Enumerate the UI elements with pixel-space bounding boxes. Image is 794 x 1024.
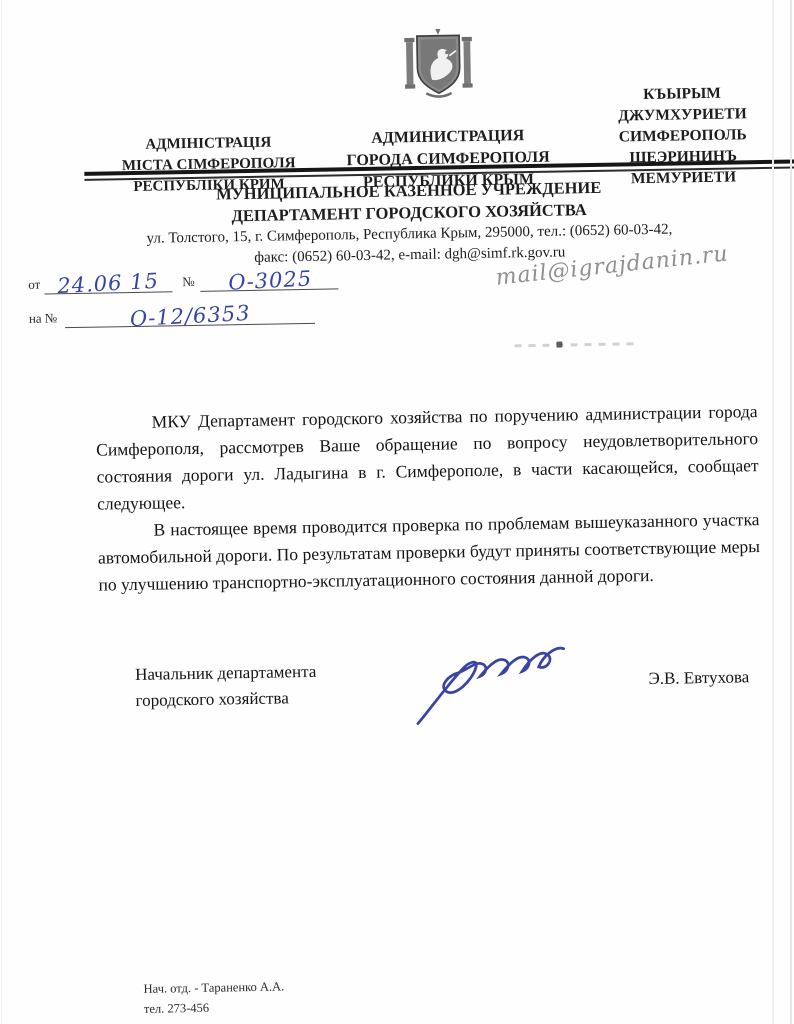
scan-edge-artifact — [790, 0, 792, 1024]
scan-edge-artifact — [772, 0, 774, 1024]
letter-content: АДМІНІСТРАЦІЯ МІСТА СІМФЕРОПОЛЯ РЕСПУБЛІ… — [0, 0, 794, 1024]
handwritten-outgoing-date: 24.06 15 — [57, 269, 160, 298]
reference-block: от 24.06 15 № О-3025 на № О-12/6353 — [28, 264, 359, 329]
erased-text-smudge — [514, 342, 638, 347]
incoming-reference-line: на № О-12/6353 — [29, 298, 359, 329]
reply-to-label: на № — [29, 310, 58, 328]
signer-title: Начальник департамента городского хозяйс… — [135, 659, 317, 714]
org-line: КЪЫРЫМ ДЖУМХУРИЕТИ — [579, 82, 786, 128]
signer-title-line2: городского хозяйства — [135, 685, 317, 714]
signature-block: Начальник департамента городского хозяйс… — [100, 639, 751, 750]
executor-footer: Нач. отд. - Тараненко А.А. тел. 273-456 — [143, 976, 284, 1018]
handwritten-incoming-number: О-12/6353 — [130, 301, 252, 331]
smudge-dot — [556, 342, 562, 348]
letter-body: МКУ Департамент городского хозяйства по … — [95, 398, 760, 599]
body-paragraph-1: МКУ Департамент городского хозяйства по … — [95, 398, 759, 518]
scanned-letter-page: АДМІНІСТРАЦІЯ МІСТА СІМФЕРОПОЛЯ РЕСПУБЛІ… — [0, 0, 794, 1024]
executor-phone: тел. 273-456 — [144, 996, 285, 1018]
signer-name: Э.В. Евтухова — [648, 667, 749, 689]
number-sign-label: № — [182, 274, 195, 292]
outgoing-number-blank: О-3025 — [200, 264, 338, 291]
signer-title-line1: Начальник департамента — [135, 659, 317, 688]
executor-name: Нач. отд. - Тараненко А.А. — [143, 976, 284, 998]
scan-edge-artifact — [1, 0, 2, 1024]
incoming-number-blank: О-12/6353 — [65, 299, 315, 328]
body-paragraph-2: В настоящее время проводится проверка по… — [97, 506, 760, 599]
outgoing-date-blank: 24.06 15 — [44, 267, 172, 294]
from-date-label: от — [28, 277, 40, 295]
handwritten-signature-icon — [399, 624, 586, 732]
outgoing-reference-line: от 24.06 15 № О-3025 — [28, 264, 358, 295]
handwritten-outgoing-number: О-3025 — [227, 266, 312, 294]
